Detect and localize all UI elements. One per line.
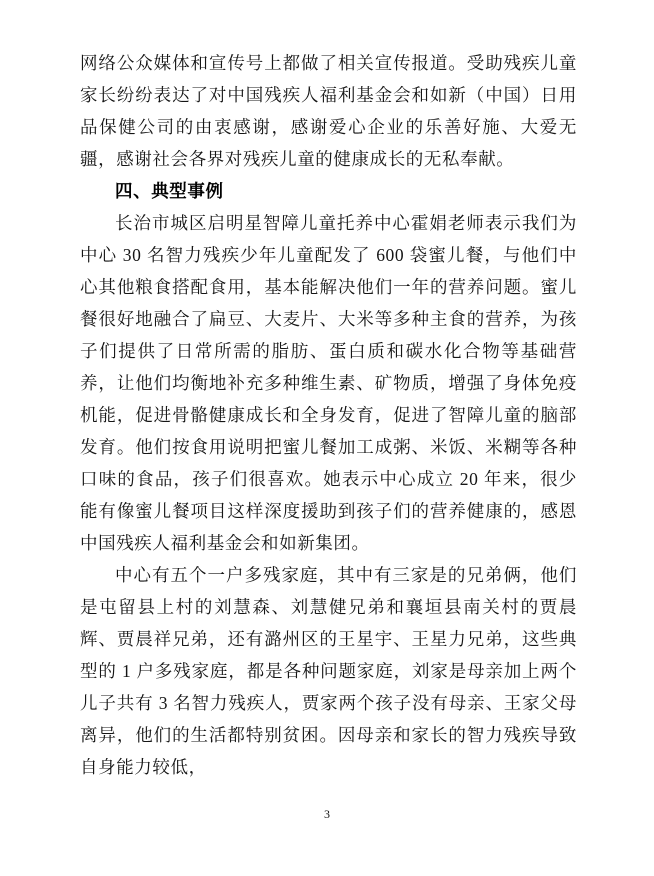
paragraph-media-publicity: 网络公众媒体和宣传号上都做了相关宣传报道。受助残疾儿童家长纷纷表达了对中国残疾人…	[80, 47, 577, 175]
page-number: 3	[0, 806, 654, 822]
paragraph-care-center-story: 长治市城区启明星智障儿童托养中心霍娟老师表示我们为中心 30 名智力残疾少年儿童…	[80, 207, 577, 559]
section-heading-typical-cases: 四、典型事例	[80, 175, 577, 207]
paragraph-multi-disability-families: 中心有五个一户多残家庭，其中有三家是的兄弟俩，他们是屯留县上村的刘慧森、刘慧健兄…	[80, 559, 577, 783]
page-content: 网络公众媒体和宣传号上都做了相关宣传报道。受助残疾儿童家长纷纷表达了对中国残疾人…	[80, 47, 577, 783]
document-page: 网络公众媒体和宣传号上都做了相关宣传报道。受助残疾儿童家长纷纷表达了对中国残疾人…	[0, 0, 654, 876]
